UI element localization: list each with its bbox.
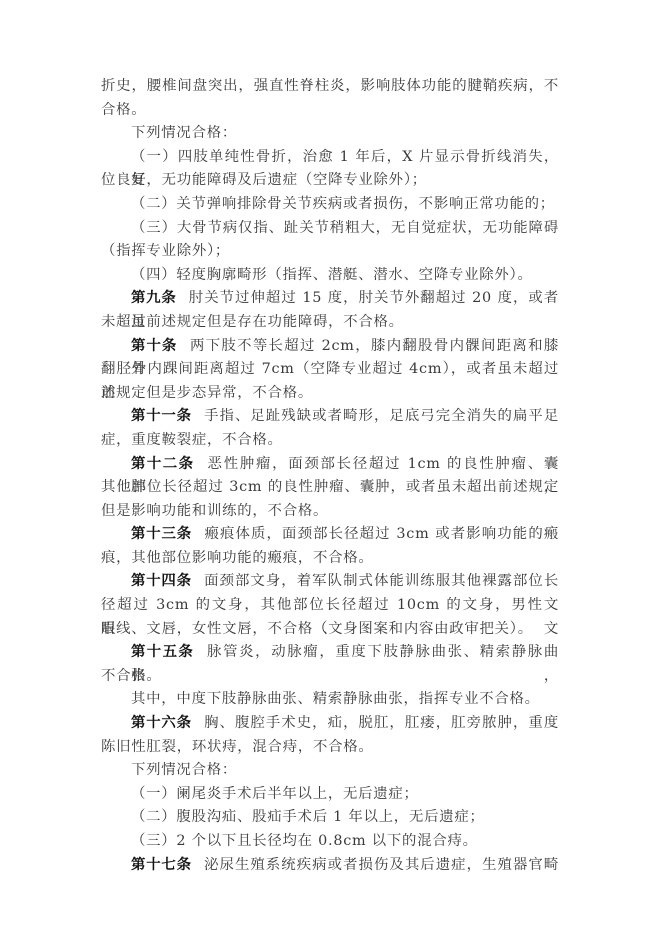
line-text: （二）关节弹响排除骨关节疾病或者损伤，不影响正常功能的； — [131, 196, 555, 212]
line-text: 面颈部文身，着军队制式体能训练服其他裸露部位长 — [204, 573, 559, 589]
line-text: 眼线、文唇，女性文唇，不合格（文身图案和内容由政审把关）。 — [101, 621, 533, 637]
line-text: 脉管炎，动脉瘤，重度下肢静脉曲张、精索静脉曲张， — [131, 644, 559, 684]
line-text: 折史，腰椎间盘突出，强直性脊柱炎，影响肢体功能的腱鞘疾病，不 — [101, 78, 559, 94]
line-text: 合格。 — [101, 102, 146, 118]
article-line: 第十六条胸、腹腔手术史，疝，脱肛，肛瘘，肛旁脓肿，重度 — [101, 712, 559, 736]
line-text: 其中，中度下肢静脉曲张、精索静脉曲张，指挥专业不合格。 — [131, 691, 540, 707]
article-number: 第十七条 — [131, 857, 192, 873]
text-line: 述规定但是步态异常，不合格。 — [101, 382, 559, 406]
text-line: （四）轻度胸廓畸形（指挥、潜艇、潜水、空降专业除外）。 — [101, 264, 559, 288]
article-line: 第十七条泌尿生殖系统疾病或者损伤及其后遗症，生殖器官畸 — [101, 854, 559, 878]
text-line: 翻胫骨内踝间距离超过 7cm（空降专业超过 4cm），或者虽未超过前 — [101, 358, 559, 382]
line-text: 下列情况合格： — [131, 125, 237, 141]
text-line: 下列情况合格： — [101, 122, 559, 146]
line-text: 不合格。 — [101, 668, 162, 684]
line-text: （三）大骨节病仅指、趾关节稍粗大，无自觉症状，无功能障碍 — [131, 220, 559, 236]
document-page: 折史，腰椎间盘突出，强直性脊柱炎，影响肢体功能的腱鞘疾病，不合格。下列情况合格：… — [101, 75, 559, 877]
line-text: （四）轻度胸廓畸形（指挥、潜艇、潜水、空降专业除外）。 — [131, 267, 533, 283]
article-number: 第十四条 — [131, 573, 192, 589]
text-line: 径超过 3cm 的文身，其他部位长径超过 10cm 的文身，男性文眉、文 — [101, 594, 559, 618]
text-line: 折史，腰椎间盘突出，强直性脊柱炎，影响肢体功能的腱鞘疾病，不 — [101, 75, 559, 99]
article-number: 第十二条 — [131, 456, 195, 472]
line-text: 未超过前述规定但是存在功能障碍，不合格。 — [101, 314, 404, 330]
text-line: 位良好，无功能障碍及后遗症（空降专业除外）； — [101, 169, 559, 193]
text-line: 合格。 — [101, 99, 559, 123]
text-line: 下列情况合格： — [101, 759, 559, 783]
article-number: 第十三条 — [131, 526, 192, 542]
text-line: （指挥专业除外）； — [101, 240, 559, 264]
article-line: 第十一条手指、足趾残缺或者畸形，足底弓完全消失的扁平足 — [101, 405, 559, 429]
article-number: 第十五条 — [131, 644, 194, 660]
line-text: （指挥专业除外）； — [101, 243, 230, 259]
text-line: 陈旧性肛裂，环状痔，混合痔，不合格。 — [101, 736, 559, 760]
article-line: 第十二条恶性肿瘤，面颈部长径超过 1cm 的良性肿瘤、囊肿， — [101, 453, 559, 477]
text-line: 眼线、文唇，女性文唇，不合格（文身图案和内容由政审把关）。 — [101, 618, 559, 642]
text-line: 其中，中度下肢静脉曲张、精索静脉曲张，指挥专业不合格。 — [101, 688, 559, 712]
line-text: 位良好，无功能障碍及后遗症（空降专业除外）； — [101, 172, 427, 188]
article-line: 第十四条面颈部文身，着军队制式体能训练服其他裸露部位长 — [101, 570, 559, 594]
text-line: （一）阑尾炎手术后半年以上，无后遗症； — [101, 783, 559, 807]
text-line: （三）2 个以下且长径均在 0.8cm 以下的混合痔。 — [101, 830, 559, 854]
text-line: 痕，其他部位影响功能的瘢痕，不合格。 — [101, 547, 559, 571]
text-line: （二）腹股沟疝、股疝手术后 1 年以上，无后遗症； — [101, 806, 559, 830]
article-line: 第十三条瘢痕体质，面颈部长径超过 3cm 或者影响功能的瘢 — [101, 523, 559, 547]
line-text: 下列情况合格： — [131, 762, 237, 778]
line-text: 泌尿生殖系统疾病或者损伤及其后遗症，生殖器官畸 — [204, 857, 559, 873]
text-line: （一）四肢单纯性骨折，治愈 1 年后，X 片显示骨折线消失，复 — [101, 146, 559, 170]
article-number: 第十条 — [131, 338, 177, 354]
text-line: 其他部位长径超过 3cm 的良性肿瘤、囊肿，或者虽未超出前述规定 — [101, 476, 559, 500]
article-line: 第九条肘关节过伸超过 15 度，肘关节外翻超过 20 度，或者虽 — [101, 287, 559, 311]
line-text: 症，重度鞍裂症，不合格。 — [101, 432, 283, 448]
line-text: （一）阑尾炎手术后半年以上，无后遗症； — [131, 786, 419, 802]
line-text: 其他部位长径超过 3cm 的良性肿瘤、囊肿，或者虽未超出前述规定 — [101, 479, 559, 495]
line-text: 胸、腹腔手术史，疝，脱肛，肛瘘，肛旁脓肿，重度 — [204, 715, 559, 731]
line-text: 陈旧性肛裂，环状痔，混合痔，不合格。 — [101, 739, 374, 755]
article-line: 第十五条脉管炎，动脉瘤，重度下肢静脉曲张、精索静脉曲张， — [101, 641, 559, 665]
line-text: 瘢痕体质，面颈部长径超过 3cm 或者影响功能的瘢 — [204, 526, 559, 542]
article-number: 第十六条 — [131, 715, 192, 731]
text-line: （二）关节弹响排除骨关节疾病或者损伤，不影响正常功能的； — [101, 193, 559, 217]
article-number: 第九条 — [131, 290, 177, 306]
line-text: 手指、足趾残缺或者畸形，足底弓完全消失的扁平足 — [204, 408, 559, 424]
text-line: 但是影响功能和训练的，不合格。 — [101, 500, 559, 524]
article-line: 第十条两下肢不等长超过 2cm，膝内翻股骨内髁间距离和膝外 — [101, 335, 559, 359]
line-text: 但是影响功能和训练的，不合格。 — [101, 503, 328, 519]
text-line: （三）大骨节病仅指、趾关节稍粗大，无自觉症状，无功能障碍 — [101, 217, 559, 241]
text-line: 未超过前述规定但是存在功能障碍，不合格。 — [101, 311, 559, 335]
line-text: （三）2 个以下且长径均在 0.8cm 以下的混合痔。 — [131, 833, 478, 849]
article-number: 第十一条 — [131, 408, 192, 424]
text-line: 症，重度鞍裂症，不合格。 — [101, 429, 559, 453]
line-text: 痕，其他部位影响功能的瘢痕，不合格。 — [101, 550, 374, 566]
line-text: 述规定但是步态异常，不合格。 — [101, 385, 313, 401]
line-text: （二）腹股沟疝、股疝手术后 1 年以上，无后遗症； — [131, 809, 485, 825]
